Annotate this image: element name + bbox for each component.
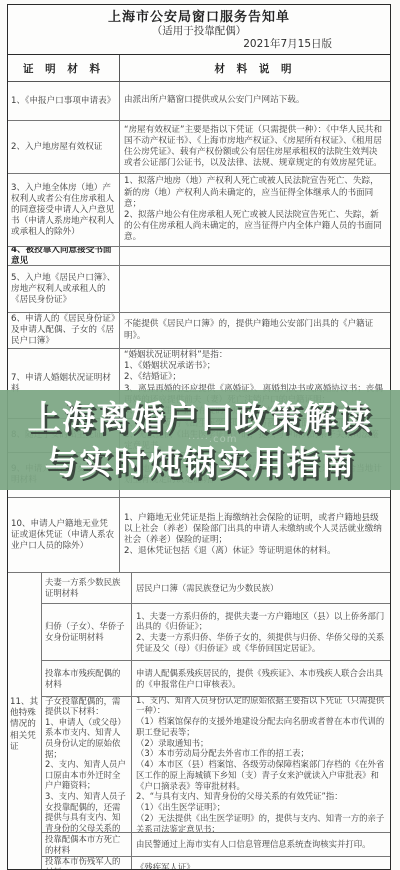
row-label: 1、《申报户口事项申请表》 xyxy=(8,82,120,120)
row-label: 4、被投靠人同意接受书面意见 xyxy=(8,247,120,265)
document-title: 上海市公安局窗口服务告知单 xyxy=(8,10,390,25)
document-version-date: 2021年7月15日版 xyxy=(8,38,390,51)
article-cover-image: { "doc": { "title": "上海市公安局窗口服务告知单", "su… xyxy=(0,0,400,870)
table-header-row: 证 明 材 料 材 料 说 明 xyxy=(8,55,390,82)
row-desc: 1、拟落户地房（地）产权利人死亡或被人民法院宣告死亡、失踪，新的房（地）产权利人… xyxy=(120,174,390,246)
subrow-label: 夫妻一方系少数民族证明材料 xyxy=(42,573,132,603)
row-label: 3、入户地全体房（地）产权利人或者公有住房承租人的同意接受申请人入户意见书（申请… xyxy=(8,174,120,246)
subrow-desc: 1、夫妻一方系归侨的，提供夫妻一方户籍地区（县）以上侨务部门出具的《归侨证》； … xyxy=(132,604,390,660)
row-label: 5、入户地《居民户口簿》、房地产权利人或承租人的《居民身份证》 xyxy=(8,266,120,312)
subrow-zhiqing: 知青、支内人员及其子女投靠配偶的，需提供以下材料： 1、申请人（或父母）系本市支… xyxy=(42,697,390,833)
table-row-11-special-section: 11、其他特殊情况的相关凭证 夫妻一方系少数民族证明材料 居民户口簿（需民族登记… xyxy=(8,573,390,870)
table-row-1: 1、《申报户口事项申请表》 由派出所户籍窗口提供或从公安门户网站下载。 xyxy=(8,82,390,121)
document-header: 上海市公安局窗口服务告知单 （适用于投靠配偶） 2021年7月15日版 xyxy=(8,5,390,55)
row-desc xyxy=(120,247,390,265)
subrow-label: 知青、支内人员及其子女投靠配偶的，需提供以下材料： 1、申请人（或父母）系本市支… xyxy=(42,697,132,832)
table-row-4: 4、被投靠人同意接受书面意见 xyxy=(8,247,390,266)
subrow-deceased-spouse: 投靠配偶本市方死亡的材料 由民警通过上海市实有人口信息管理信息系统查询核实并打印… xyxy=(42,833,390,857)
row-desc xyxy=(120,266,390,312)
special-subrows: 夫妻一方系少数民族证明材料 居民户口簿（需民族登记为少数民族） 归侨（子女）、华… xyxy=(42,573,390,870)
column-header-materials: 证 明 材 料 xyxy=(8,55,120,81)
row-label: 6、申请人的《居民身份证》及申请人配偶、子女的《居民户口簿》 xyxy=(8,313,120,348)
watermark-text: ·····.com xyxy=(188,434,237,445)
subrow-label: 投靠本市伤残军人的材料 xyxy=(42,857,132,870)
row-label: 10、申请人户籍地无业凭证或退休凭证（申请人系农业户口人员的除外） xyxy=(8,498,120,572)
table-row-3: 3、入户地全体房（地）产权利人或者公有住房承租人的同意接受申请人入户意见书（申请… xyxy=(8,174,390,247)
special-section-label: 11、其他特殊情况的相关凭证 xyxy=(8,573,42,870)
row-desc: 不能提供《居民户口簿》的，提供户籍地公安部门出具的《户籍证明》。 xyxy=(120,313,390,348)
subrow-label: 投靠本市残疾配偶的材料 xyxy=(42,661,132,696)
subrow-disabled-spouse: 投靠本市残疾配偶的材料 申请人配偶系残疾居民的，提供《残疾证》、本市残疾人联合会… xyxy=(42,661,390,697)
row-desc: 1、户籍地无业凭证是指上海缴纳社会保险的证明，或者户籍地县级以上社会（养老）保险… xyxy=(120,498,390,572)
row-desc: 由派出所户籍窗口提供或从公安门户网站下载。 xyxy=(120,82,390,120)
subrow-minority: 夫妻一方系少数民族证明材料 居民户口簿（需民族登记为少数民族） xyxy=(42,573,390,604)
subrow-returned-overseas: 归侨（子女）、华侨子女身份证明材料 1、夫妻一方系归侨的，提供夫妻一方户籍地区（… xyxy=(42,604,390,661)
green-caption-overlay: ·····.com 上海离婚户口政策解读 与实时炖锅实用指南 xyxy=(0,390,400,490)
caption-title-line-2: 与实时炖锅实用指南 xyxy=(45,440,356,485)
subrow-label: 投靠配偶本市方死亡的材料 xyxy=(42,833,132,856)
subrow-desc: 1、支内、知青人员身份认定的原始依据主要指以下凭证（只需提供一种）： （1）档案… xyxy=(132,697,390,832)
document-subtitle: （适用于投靠配偶） xyxy=(8,25,390,38)
subrow-disabled-veteran: 投靠本市伤残军人的材料 《残疾军人证》 xyxy=(42,857,390,870)
column-header-description: 材 料 说 明 xyxy=(120,55,390,81)
row-label: 2、入户地房屋有效权证 xyxy=(8,121,120,173)
subrow-label: 归侨（子女）、华侨子女身份证明材料 xyxy=(42,604,132,660)
table-row-2: 2、入户地房屋有效权证 “房屋有效权证”主要是指以下凭证（只需提供一种）：《中华… xyxy=(8,121,390,174)
table-row-5: 5、入户地《居民户口簿》、房地产权利人或承租人的《居民身份证》 xyxy=(8,266,390,313)
table-row-6: 6、申请人的《居民身份证》及申请人配偶、子女的《居民户口簿》 不能提供《居民户口… xyxy=(8,313,390,349)
subrow-desc: 《残疾军人证》 xyxy=(132,857,390,870)
subrow-desc: 居民户口簿（需民族登记为少数民族） xyxy=(132,573,390,603)
subrow-desc: 申请人配偶系残疾居民的，提供《残疾证》、本市残疾人联合会出具的《申报常住户口审核… xyxy=(132,661,390,696)
table-row-10: 10、申请人户籍地无业凭证或退休凭证（申请人系农业户口人员的除外） 1、户籍地无… xyxy=(8,498,390,573)
subrow-desc: 由民警通过上海市实有人口信息管理信息系统查询核实并打印。 xyxy=(132,833,390,856)
row-desc: “房屋有效权证”主要是指以下凭证（只需提供一种）：《中华人民共和国不动产权证书》… xyxy=(120,121,390,173)
